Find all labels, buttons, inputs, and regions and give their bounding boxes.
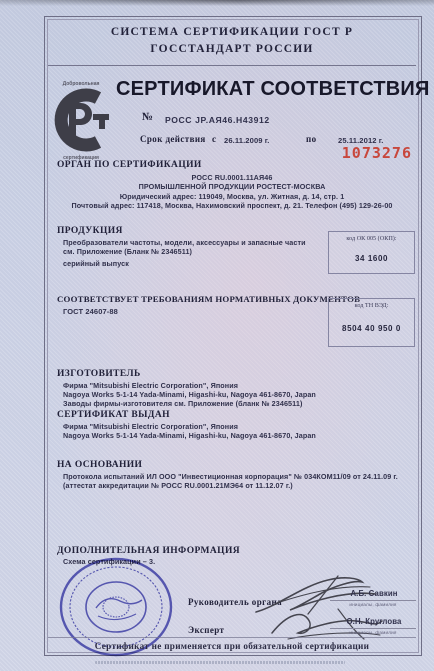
expert-name-caption: инициалы, фамилия	[330, 630, 416, 635]
rst-certification-mark-icon: Добровольная сертификация	[46, 76, 116, 162]
header-divider	[48, 65, 416, 66]
certificate-page: СИСТЕМА СЕРТИФИКАЦИИ ГОСТ Р ГОССТАНДАРТ …	[0, 0, 434, 671]
tnved-code-label: код ТН ВЭД:	[329, 302, 414, 309]
org-heading: ОРГАН ПО СЕРТИФИКАЦИИ	[57, 160, 202, 170]
blank-number: 1073276	[320, 144, 412, 162]
validity-from-label: с	[212, 134, 216, 144]
number-label: №	[142, 111, 153, 123]
validity-label: Срок действия	[140, 134, 206, 144]
tnved-code-box: код ТН ВЭД: 8504 40 950 0	[328, 298, 415, 347]
footer-divider	[48, 637, 416, 638]
conformity-standard: ГОСТ 24607-88	[63, 307, 118, 316]
validity-from-date: 26.11.2009 г.	[224, 136, 270, 145]
product-line-2: см. Приложение (Бланк № 2346511)	[63, 247, 192, 256]
org-postal-address: Почтовый адрес: 117418, Москва, Нахимовс…	[44, 201, 420, 210]
validity-to-label: по	[306, 134, 317, 144]
okp-code-value: 34 1600	[329, 254, 414, 263]
okp-code-box: код ОК 005 (ОКП): 34 1600	[328, 231, 415, 274]
okp-code-label: код ОК 005 (ОКП):	[329, 235, 414, 242]
org-name: ПРОМЫШЛЕННОЙ ПРОДУКЦИИ РОСТЕСТ-МОСКВА	[44, 182, 420, 191]
manufacturer-heading: ИЗГОТОВИТЕЛЬ	[57, 369, 141, 379]
head-name-line	[330, 600, 416, 601]
certificate-number: РОСС JP.АЯ46.Н43912	[165, 115, 270, 125]
product-line-1: Преобразователи частоты, модели, аксессу…	[63, 238, 306, 247]
gosstandart-line: ГОССТАНДАРТ РОССИИ	[44, 43, 420, 55]
expert-role-label: Эксперт	[188, 625, 224, 635]
basis-heading: НА ОСНОВАНИИ	[57, 460, 142, 470]
manufacturer-line-3: Заводы фирмы-изготовителя см. Приложение…	[63, 399, 302, 408]
issued-to-line-1: Фирма "Mitsubishi Electric Corporation",…	[63, 422, 238, 431]
manufacturer-line-2: Nagoya Works 5-1-14 Yada-Minami, Higashi…	[63, 390, 316, 399]
tnved-code-value: 8504 40 950 0	[329, 324, 414, 333]
certificate-title: СЕРТИФИКАТ СООТВЕТСТВИЯ	[116, 78, 418, 101]
additional-info-heading: ДОПОЛНИТЕЛЬНАЯ ИНФОРМАЦИЯ	[57, 546, 240, 556]
basis-line-2: (аттестат аккредитации № РОСС RU.0001.21…	[63, 481, 293, 490]
print-house-microtext	[95, 661, 345, 664]
footer-note: Сертификат не применяется при обязательн…	[44, 641, 420, 651]
logo-top-text: Добровольная	[63, 80, 100, 87]
expert-name-line	[330, 628, 416, 629]
product-heading: ПРОДУКЦИЯ	[57, 226, 123, 236]
issued-to-heading: СЕРТИФИКАТ ВЫДАН	[57, 410, 170, 420]
issued-to-line-2: Nagoya Works 5-1-14 Yada-Minami, Higashi…	[63, 431, 316, 440]
conformity-heading: СООТВЕТСТВУЕТ ТРЕБОВАНИЯМ НОРМАТИВНЫХ ДО…	[57, 294, 360, 304]
basis-line-1: Протокола испытаний ИЛ ООО "Инвестиционн…	[63, 472, 398, 481]
manufacturer-line-1: Фирма "Mitsubishi Electric Corporation",…	[63, 381, 238, 390]
certification-system-line: СИСТЕМА СЕРТИФИКАЦИИ ГОСТ Р	[44, 26, 420, 38]
product-line-3: серийный выпуск	[63, 259, 129, 268]
head-name: А.Б. Савкин	[332, 589, 416, 598]
scan-artifact-top	[0, 0, 434, 6]
expert-name: О.Н. Круглова	[332, 617, 416, 626]
org-legal-address: Юридический адрес: 119049, Москва, ул. Ж…	[44, 192, 420, 201]
org-reg-number: РОСС RU.0001.11АЯ46	[44, 173, 420, 182]
